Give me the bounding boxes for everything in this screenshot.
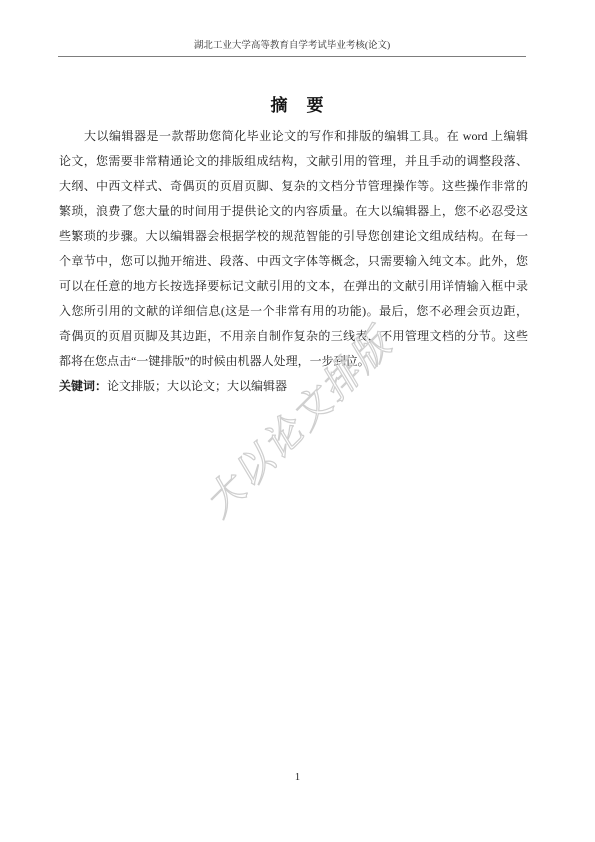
keywords-text: 论文排版；大以论文；大以编辑器 bbox=[107, 379, 287, 393]
body-text-line: 可以在任意的地方长按选择要标记文献引用的文本，在弹出的文献引用详情输入框中录 bbox=[59, 274, 528, 299]
keywords-label: 关键词： bbox=[59, 379, 107, 393]
body-text-line: 大纲、中西文样式、奇偶页的页眉页脚、复杂的文档分节管理操作等。这些操作非常的 bbox=[59, 174, 528, 199]
body-text-line: 大以编辑器是一款帮助您简化毕业论文的写作和排版的编辑工具。在 word 上编辑 bbox=[59, 124, 528, 149]
body-text-line: 繁琐，浪费了您大量的时间用于提供论文的内容质量。在大以编辑器上，您不必忍受这 bbox=[59, 199, 528, 224]
body-text-line: 入您所引用的文献的详细信息(这是一个非常有用的功能)。最后，您不必理会页边距， bbox=[59, 299, 528, 324]
body-text-line: 奇偶页的页眉页脚及其边距，不用亲自制作复杂的三线表，不用管理文档的分节。这些 bbox=[59, 324, 528, 349]
page-header: 湖北工业大学高等教育自学考试毕业考核(论文) bbox=[58, 37, 526, 57]
keywords-line: 关键词：论文排版；大以论文；大以编辑器 bbox=[59, 374, 528, 399]
document-page: 湖北工业大学高等教育自学考试毕业考核(论文) 摘 要 大以编辑器是一款帮助您简化… bbox=[0, 0, 595, 842]
page-number: 1 bbox=[295, 772, 300, 783]
body-text-line: 都将在您点击“一键排版”的时候由机器人处理，一步到位。 bbox=[59, 349, 528, 374]
body-text-line: 论文，您需要非常精通论文的排版组成结构，文献引用的管理，并且手动的调整段落、 bbox=[59, 149, 528, 174]
page-footer: 1 bbox=[0, 772, 595, 783]
abstract-body: 大以编辑器是一款帮助您简化毕业论文的写作和排版的编辑工具。在 word 上编辑论… bbox=[59, 124, 528, 374]
header-text: 湖北工业大学高等教育自学考试毕业考核(论文) bbox=[194, 41, 390, 51]
body-text-line: 些繁琐的步骤。大以编辑器会根据学校的规范智能的引导您创建论文组成结构。在每一 bbox=[59, 224, 528, 249]
page-title: 摘 要 bbox=[0, 91, 595, 116]
body-text-line: 个章节中，您可以抛开缩进、段落、中西文字体等概念，只需要输入纯文本。此外，您 bbox=[59, 249, 528, 274]
